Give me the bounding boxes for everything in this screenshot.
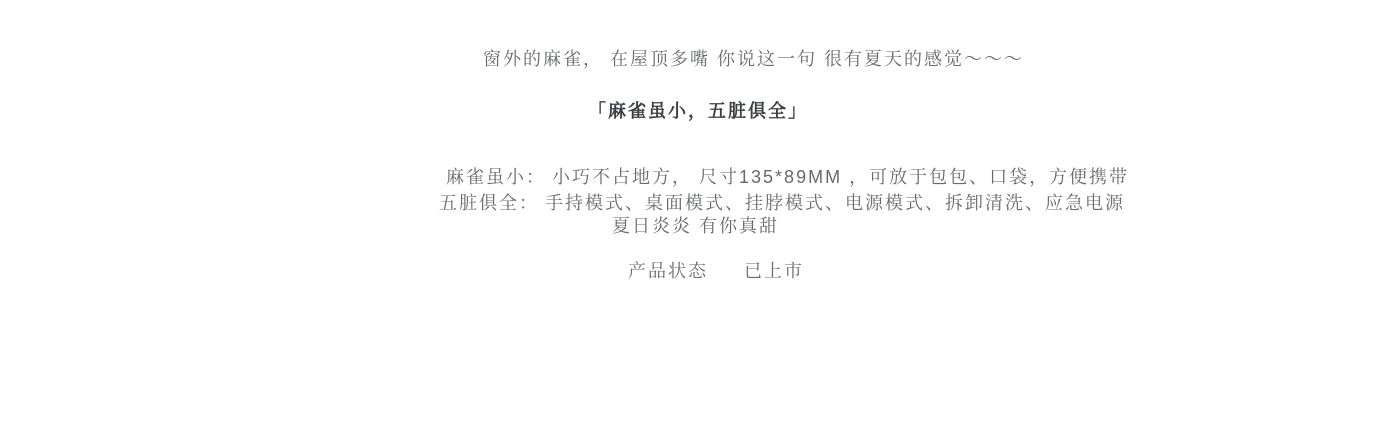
tagline-text: 窗外的麻雀， 在屋顶多嘴 你说这一句 很有夏天的感觉～～～ <box>483 49 1024 69</box>
status-label: 产品状态 <box>628 261 708 281</box>
product-status-row: 产品状态已上市 <box>600 241 804 301</box>
feature-label-modes: 五脏俱全： <box>439 193 539 213</box>
slogan-text: 夏日炎炎 有你真甜 <box>612 216 779 236</box>
status-value: 已上市 <box>744 261 804 281</box>
feature-text-modes: 手持模式、桌面模式、挂脖模式、电源模式、拆卸清洗、应急电源 <box>545 193 1125 213</box>
headline-text: 「麻雀虽小，五脏俱全」 <box>588 101 808 121</box>
product-intro-section: 窗外的麻雀， 在屋顶多嘴 你说这一句 很有夏天的感觉～～～ 「麻雀虽小，五脏俱全… <box>0 0 1400 438</box>
